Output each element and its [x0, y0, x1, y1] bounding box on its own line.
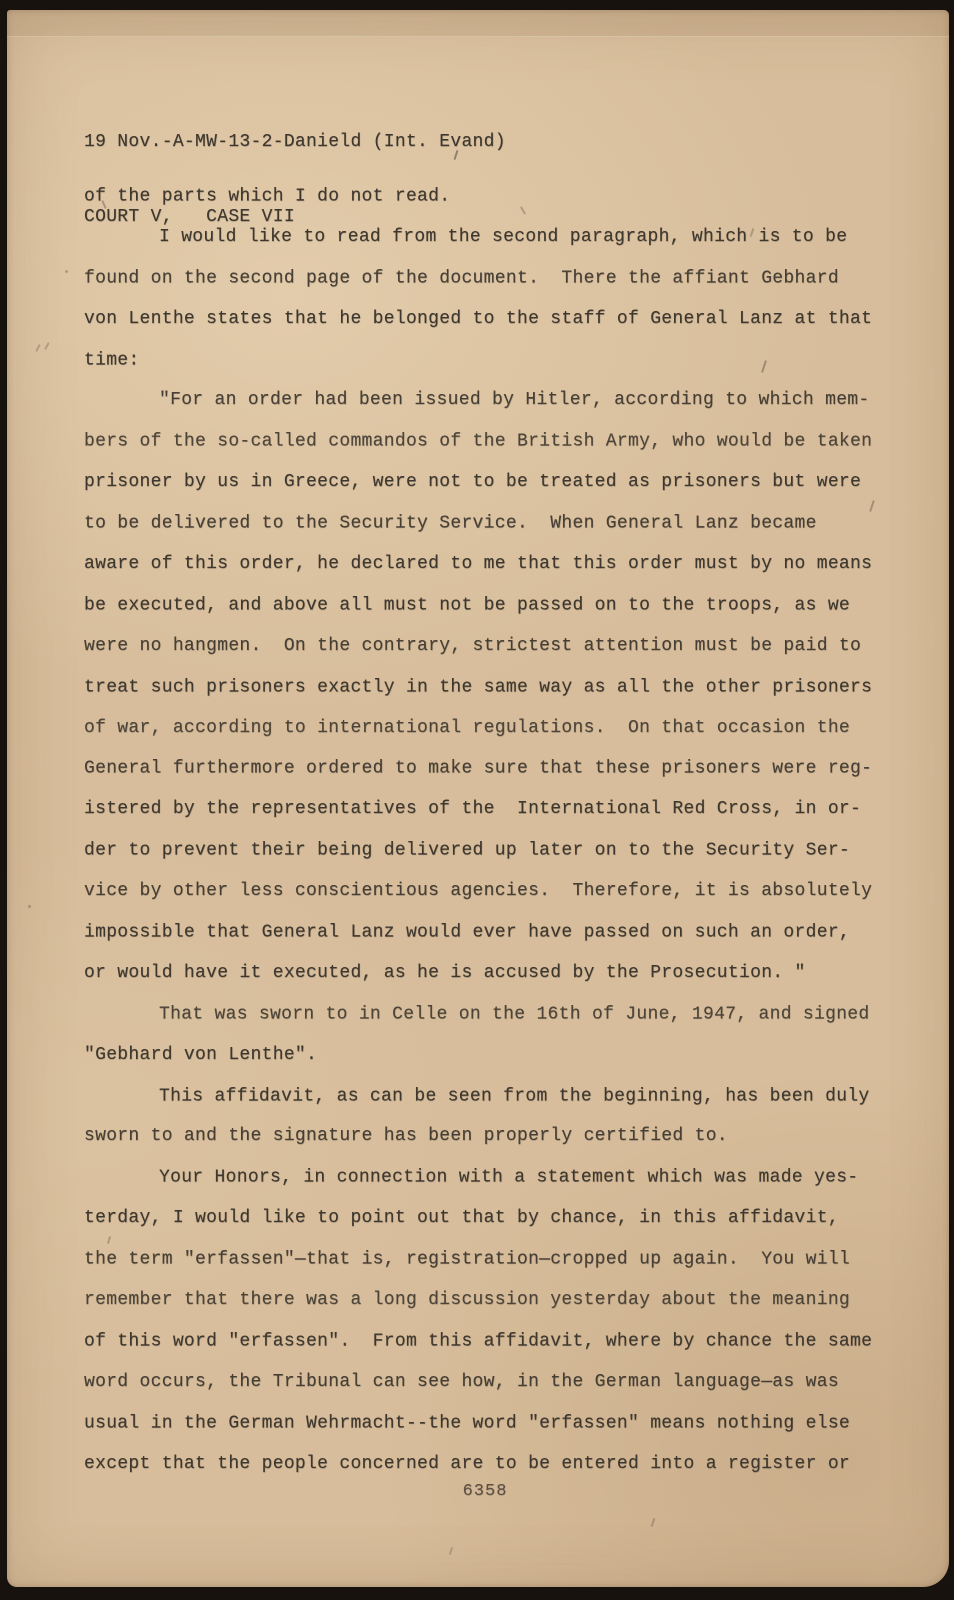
typed-line: Your Honors, in connection with a statem… — [84, 1158, 886, 1199]
typed-line: "Gebhard von Lenthe". — [84, 1035, 886, 1076]
paper-sheet: 19 Nov.-A-MW-13-2-Danield (Int. Evand) C… — [7, 10, 949, 1587]
typed-line: found on the second page of the document… — [84, 258, 886, 299]
typed-line: I would like to read from the second par… — [84, 217, 886, 258]
typed-line: the term "erfassen"—that is, registratio… — [84, 1240, 886, 1281]
typed-line: of war, according to international regul… — [84, 708, 886, 749]
stray-mark — [449, 1547, 453, 1555]
typed-line: General furthermore ordered to make sure… — [84, 749, 886, 790]
typed-line: time: — [84, 340, 886, 381]
pencil-mark — [35, 344, 41, 352]
typed-line: word occurs, the Tribunal can see how, i… — [84, 1362, 886, 1403]
typed-line: aware of this order, he declared to me t… — [84, 544, 886, 585]
typed-line: except that the people concerned are to … — [84, 1444, 886, 1485]
typed-line: impossible that General Lanz would ever … — [84, 912, 886, 953]
typed-body: of the parts which I do not read.I would… — [84, 176, 886, 1485]
typed-line: vice by other less conscientious agencie… — [84, 871, 886, 912]
typed-line: prisoner by us in Greece, were not to be… — [84, 462, 886, 503]
typed-line: This affidavit, as can be seen from the … — [84, 1076, 886, 1117]
typed-line: sworn to and the signature has been prop… — [84, 1116, 886, 1157]
typed-line: treat such prisoners exactly in the same… — [84, 667, 886, 708]
page-number: 6358 — [84, 1482, 886, 1501]
typed-line: be executed, and above all must not be p… — [84, 585, 886, 626]
typed-line: of the parts which I do not read. — [84, 176, 886, 217]
typed-line: to be delivered to the Security Service.… — [84, 504, 886, 545]
typed-line: of this word "erfassen". From this affid… — [84, 1321, 886, 1362]
stray-mark — [651, 1518, 656, 1527]
ink-speck — [65, 270, 68, 273]
typed-line: von Lenthe states that he belonged to th… — [84, 299, 886, 340]
typed-line: were no hangmen. On the contrary, strict… — [84, 626, 886, 667]
scanned-page-background: { "document": { "header": { "line1": "19… — [0, 0, 954, 1600]
ink-speck — [28, 905, 31, 908]
typed-line: bers of the so-called commandos of the B… — [84, 422, 886, 463]
pencil-mark — [44, 342, 50, 350]
typed-line: That was sworn to in Celle on the 16th o… — [84, 994, 886, 1035]
typed-line: remember that there was a long discussio… — [84, 1280, 886, 1321]
typed-line: usual in the German Wehrmacht--the word … — [84, 1403, 886, 1444]
header-session-line: 19 Nov.-A-MW-13-2-Danield (Int. Evand) — [84, 130, 506, 155]
typed-line: or would have it executed, as he is accu… — [84, 953, 886, 994]
typed-line: istered by the representatives of the In… — [84, 789, 886, 830]
typed-line: der to prevent their being delivered up … — [84, 831, 886, 872]
typed-line: terday, I would like to point out that b… — [84, 1198, 886, 1239]
typed-line: "For an order had been issued by Hitler,… — [84, 380, 886, 421]
